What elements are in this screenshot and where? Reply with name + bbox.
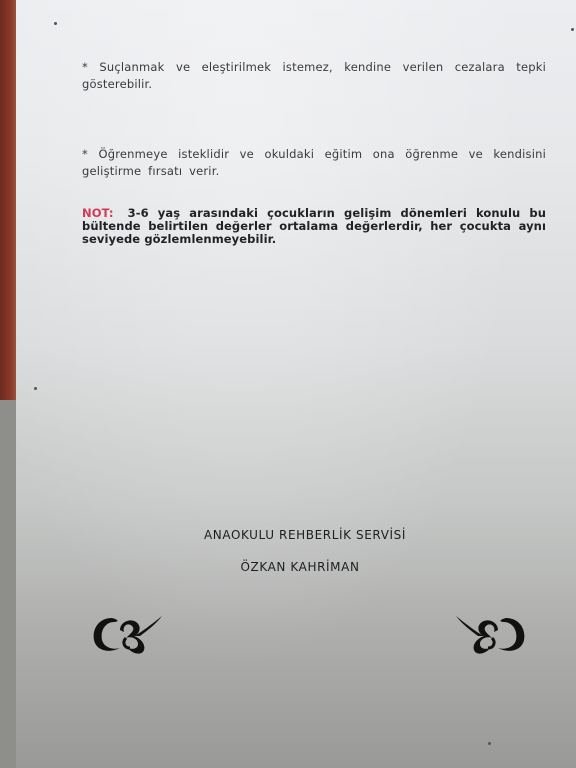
- printed-page: * Suçlanmak ve eleştirilmek istemez, ken…: [16, 0, 576, 768]
- note-text: 3-6 yaş arasındaki çocukların gelişim dö…: [82, 206, 546, 246]
- paragraph-criticism: * Suçlanmak ve eleştirilmek istemez, ken…: [82, 59, 546, 93]
- paragraph-text: Öğrenmeye isteklidir ve okuldaki eğitim …: [82, 147, 546, 178]
- flourish-ornament-left-icon: [90, 608, 170, 656]
- paper-speck: [34, 387, 37, 390]
- flourish-ornament-right-icon: [448, 608, 528, 656]
- note-label: NOT:: [82, 206, 114, 220]
- bullet-asterisk: *: [82, 147, 98, 161]
- paper-speck: [571, 28, 574, 31]
- paper-speck: [488, 742, 491, 745]
- paragraph-text: Suçlanmak ve eleştirilmek istemez, kendi…: [82, 60, 546, 91]
- bullet-asterisk: *: [82, 60, 99, 74]
- note-block: NOT:3-6 yaş arasındaki çocukların gelişi…: [82, 207, 546, 246]
- paragraph-learning: * Öğrenmeye isteklidir ve okuldaki eğiti…: [82, 146, 546, 180]
- signature-department: ANAOKULU REHBERLİK SERVİSİ: [16, 528, 576, 542]
- paper-speck: [54, 22, 57, 25]
- signature-name: ÖZKAN KAHRİMAN: [16, 560, 576, 574]
